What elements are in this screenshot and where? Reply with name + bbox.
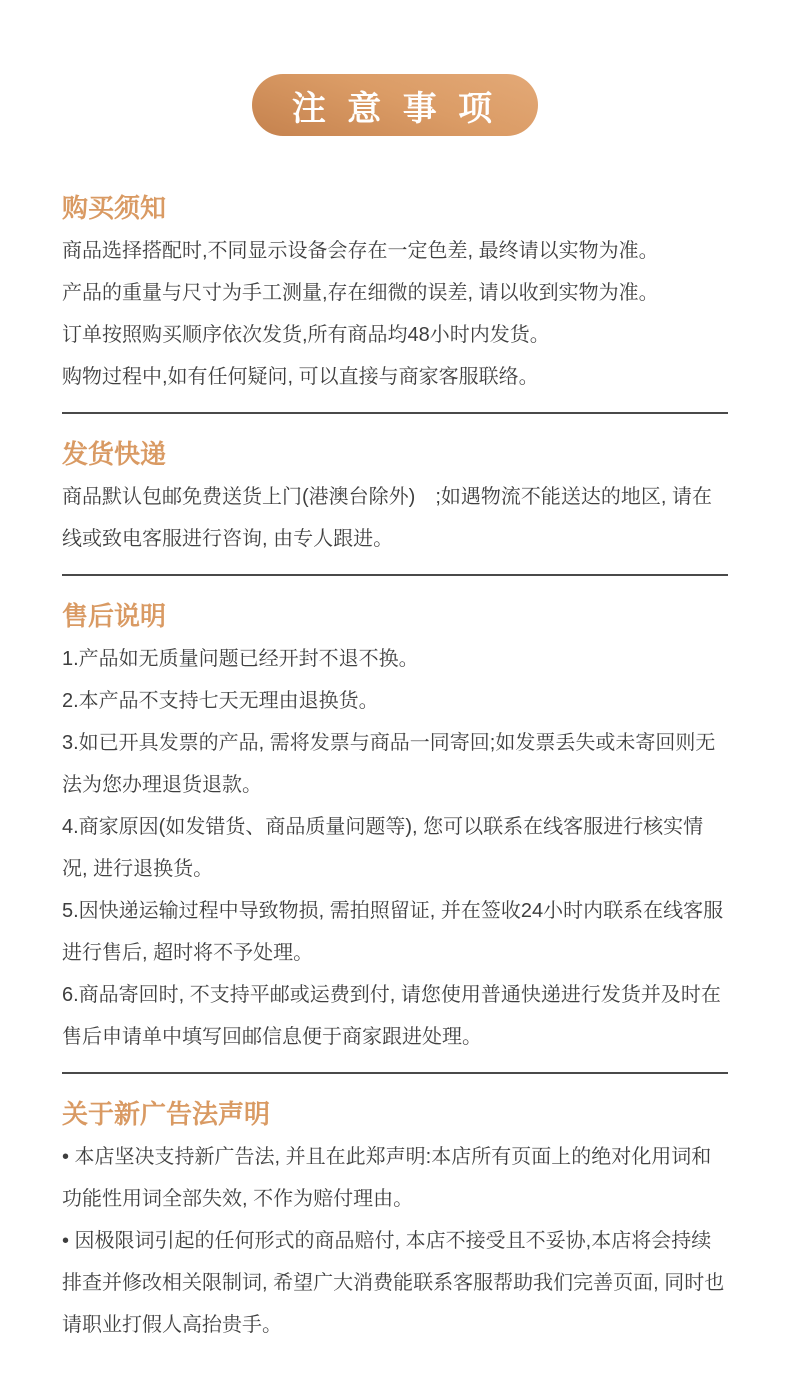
after-sales-item: 5.因快递运输过程中导致物损, 需拍照留证, 并在签收24小时内联系在线客服进行… bbox=[62, 890, 728, 974]
section-after-sales: 售后说明 1.产品如无质量问题已经开封不退不换。 2.本产品不支持七天无理由退换… bbox=[62, 600, 728, 1058]
ad-law-heading: 关于新广告法声明 bbox=[62, 1098, 728, 1130]
shipping-heading: 发货快递 bbox=[62, 438, 728, 470]
notice-page: 注 意 事 项 购买须知 商品选择搭配时,不同显示设备会存在一定色差, 最终请以… bbox=[0, 0, 790, 1377]
divider bbox=[62, 574, 728, 576]
section-shipping: 发货快递 商品默认包邮免费送货上门(港澳台除外) ;如遇物流不能送达的地区, 请… bbox=[62, 438, 728, 560]
purchase-notes-paragraph: 购物过程中,如有任何疑问, 可以直接与商家客服联络。 bbox=[62, 356, 728, 398]
ad-law-bullet: • 本店坚决支持新广告法, 并且在此郑声明:本店所有页面上的绝对化用词和功能性用… bbox=[62, 1136, 728, 1220]
notice-title-badge: 注 意 事 项 bbox=[252, 74, 538, 136]
ad-law-bullet: • 因极限词引起的任何形式的商品赔付, 本店不接受且不妥协,本店将会持续排查并修… bbox=[62, 1220, 728, 1346]
after-sales-item: 3.如已开具发票的产品, 需将发票与商品一同寄回;如发票丢失或未寄回则无法为您办… bbox=[62, 722, 728, 806]
after-sales-item: 6.商品寄回时, 不支持平邮或运费到付, 请您使用普通快递进行发货并及时在售后申… bbox=[62, 974, 728, 1058]
section-purchase-notes: 购买须知 商品选择搭配时,不同显示设备会存在一定色差, 最终请以实物为准。 产品… bbox=[62, 192, 728, 398]
purchase-notes-paragraph: 产品的重量与尺寸为手工测量,存在细微的误差, 请以收到实物为准。 bbox=[62, 272, 728, 314]
divider bbox=[62, 412, 728, 414]
after-sales-item: 2.本产品不支持七天无理由退换货。 bbox=[62, 680, 728, 722]
purchase-notes-heading: 购买须知 bbox=[62, 192, 728, 224]
shipping-paragraph: 商品默认包邮免费送货上门(港澳台除外) ;如遇物流不能送达的地区, 请在线或致电… bbox=[62, 476, 728, 560]
section-ad-law-statement: 关于新广告法声明 • 本店坚决支持新广告法, 并且在此郑声明:本店所有页面上的绝… bbox=[62, 1098, 728, 1346]
purchase-notes-paragraph: 商品选择搭配时,不同显示设备会存在一定色差, 最终请以实物为准。 bbox=[62, 230, 728, 272]
after-sales-item: 1.产品如无质量问题已经开封不退不换。 bbox=[62, 638, 728, 680]
after-sales-heading: 售后说明 bbox=[62, 600, 728, 632]
after-sales-item: 4.商家原因(如发错货、商品质量问题等), 您可以联系在线客服进行核实情况, 进… bbox=[62, 806, 728, 890]
notice-title: 注 意 事 项 bbox=[292, 81, 498, 130]
divider bbox=[62, 1072, 728, 1074]
purchase-notes-paragraph: 订单按照购买顺序依次发货,所有商品均48小时内发货。 bbox=[62, 314, 728, 356]
